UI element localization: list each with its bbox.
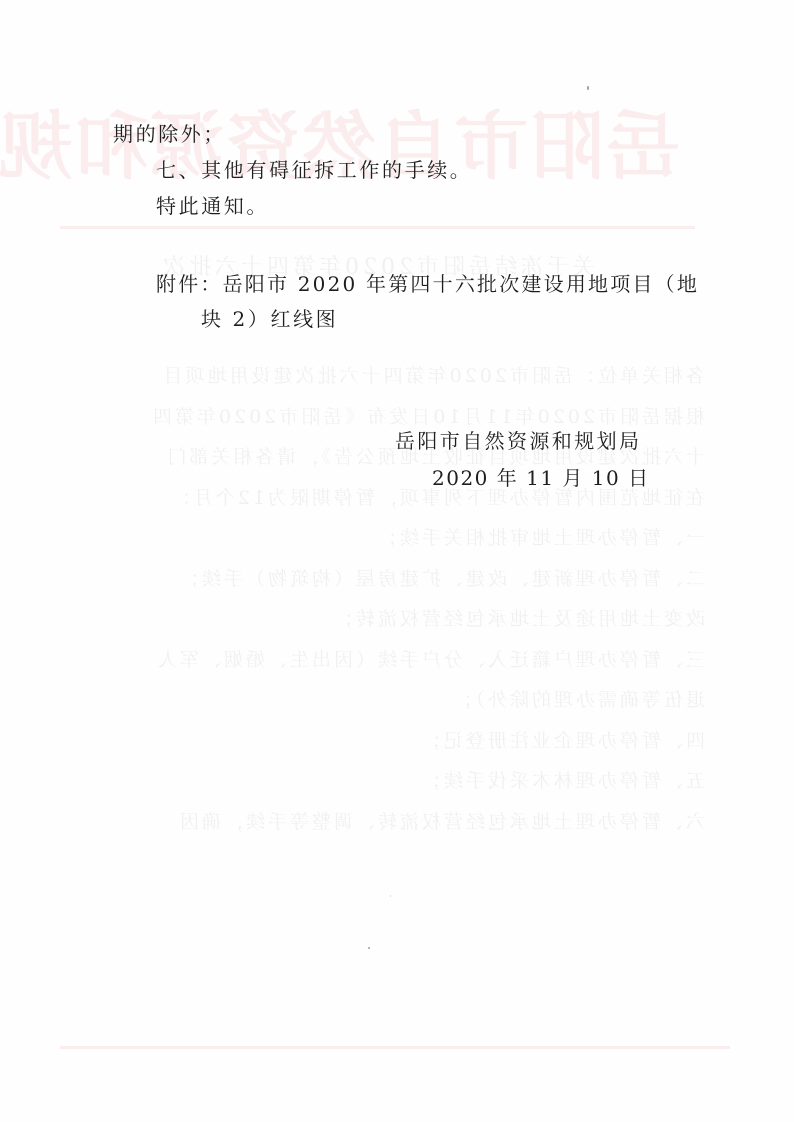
scan-speck	[587, 86, 589, 90]
bleed-through-letterhead: 岳阳市自然资源和规划局	[80, 92, 680, 202]
scan-speck	[368, 947, 370, 949]
body-line-closing: 特此通知。	[156, 190, 269, 219]
bleed-line: 五、暂停办理林木采伐手续；	[105, 761, 705, 802]
bleed-line: 退伍等确需办理的除外）；	[105, 680, 705, 721]
bleed-line: 改变土地用途及土地承包经营权流转；	[105, 599, 705, 640]
bleed-through-red-rule-top	[60, 226, 695, 229]
document-page: 岳阳市自然资源和规划局 关于冻结岳阳市2020年第四十六批次 各相关单位：岳阳市…	[0, 0, 794, 1122]
attachment-line-2: 块 2）红线图	[201, 303, 338, 332]
signature-organization: 岳阳市自然资源和规划局	[395, 425, 641, 454]
body-line-item-seven: 七、其他有碍征拆工作的手续。	[156, 154, 472, 183]
bleed-line: 四、暂停办理企业注册登记；	[105, 721, 705, 762]
bleed-through-red-rule-bottom	[60, 1046, 730, 1049]
bleed-line: 二、暂停办理新建、改建、扩建房屋（构筑物）手续；	[105, 559, 705, 600]
bleed-line: 六、暂停办理土地承包经营权流转、调整等手续，确因	[105, 802, 705, 843]
attachment-line-1: 附件：岳阳市 2020 年第四十六批次建设用地项目（地	[156, 268, 699, 297]
scan-speck	[390, 895, 391, 897]
bleed-line: 三、暂停办理户籍迁入、分户手续（因出生、婚姻、军人	[105, 640, 705, 681]
signature-date: 2020 年 11 月 10 日	[432, 462, 650, 491]
bleed-line: 各相关单位：岳阳市2020年第四十六批次建设用地项目	[105, 356, 705, 397]
body-line-continuation: 期的除外；	[113, 118, 226, 147]
bleed-line: 一、暂停办理土地审批相关手续；	[105, 518, 705, 559]
